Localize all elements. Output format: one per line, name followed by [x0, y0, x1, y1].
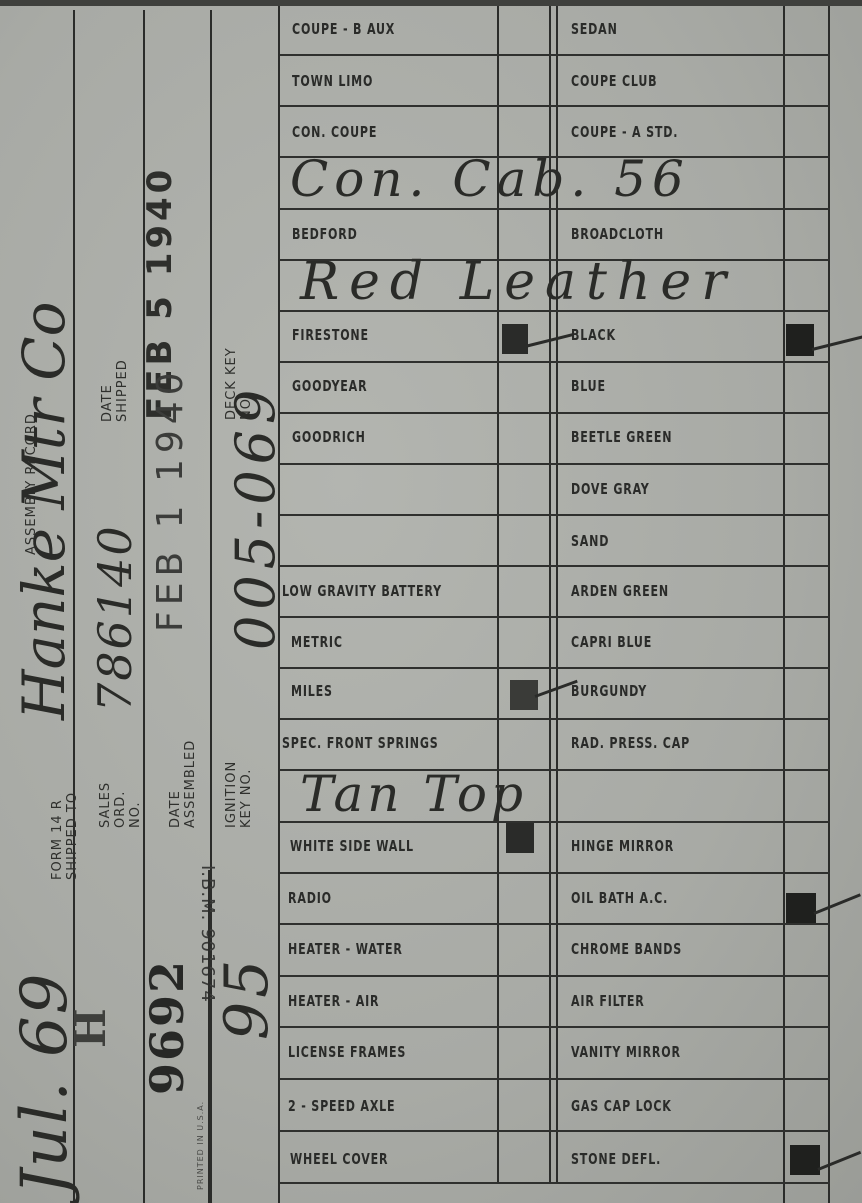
sales-order-label: SALES ORD. NO. — [98, 763, 143, 828]
check-mark-black — [786, 324, 814, 356]
check-mark-oil-bath-ac — [786, 893, 816, 923]
handwritten-top: Tan Top — [300, 765, 527, 823]
divider — [783, 6, 785, 1203]
serial-number: 9692 — [140, 959, 194, 1095]
ignition-key-label-text: IGNITION KEY NO. — [224, 740, 254, 828]
option-goodyear: GOODYEAR — [292, 377, 367, 395]
option-radio: RADIO — [288, 889, 332, 907]
option-burgundy: BURGUNDY — [571, 682, 647, 700]
ignition-key-value: 95 — [212, 956, 282, 1040]
option-arden-green: ARDEN GREEN — [571, 582, 669, 600]
row-line — [280, 361, 830, 363]
option-goodrich: GOODRICH — [292, 428, 366, 446]
option-blue: BLUE — [571, 377, 606, 395]
option-low-gravity-battery: LOW GRAVITY BATTERY — [282, 582, 442, 600]
row-line — [280, 412, 830, 414]
option-heater-air: HEATER - AIR — [288, 992, 379, 1010]
option-beetle-green: BEETLE GREEN — [571, 428, 672, 446]
option-bedford: BEDFORD — [292, 225, 358, 243]
deck-key-value: 005-069 — [224, 384, 287, 650]
option-air-filter: AIR FILTER — [571, 992, 645, 1010]
date-assembled-label-text: DATE ASSEMBLED — [168, 718, 198, 828]
option-town-limo: TOWN LIMO — [292, 72, 373, 90]
option-spec-front-springs: SPEC. FRONT SPRINGS — [282, 734, 439, 752]
row-line — [280, 565, 830, 567]
option-coupe-club: COUPE CLUB — [571, 72, 657, 90]
option-hinge-mirror: HINGE MIRROR — [571, 837, 674, 855]
option-heater-water: HEATER - WATER — [288, 940, 403, 958]
row-line — [280, 718, 830, 720]
option-wheel-cover: WHEEL COVER — [290, 1150, 388, 1168]
row-line — [280, 667, 830, 669]
divider — [828, 6, 830, 1203]
option-broadcloth: BROADCLOTH — [571, 225, 664, 243]
handwritten-upholstery: Red Leather — [300, 252, 736, 312]
option-sedan: SEDAN — [571, 20, 618, 38]
shipped-to-label-text: FORM 14 R SHIPPED TO — [50, 785, 80, 880]
row-line — [280, 872, 830, 874]
shipped-to-value: Hanke Mtr Co — [10, 301, 78, 720]
check-mark-firestone — [502, 324, 528, 354]
option-stone-defl: STONE DEFL. — [571, 1150, 661, 1168]
option-2-speed-axle: 2 - SPEED AXLE — [288, 1097, 395, 1115]
check-mark-white-side-wall — [506, 823, 534, 853]
ink-stroke — [817, 1151, 861, 1171]
check-mark-stone-defl — [790, 1145, 820, 1175]
handwritten-date: Jul. 69 — [8, 972, 82, 1195]
option-coupe-b-aux: COUPE - B AUX — [292, 20, 395, 38]
option-black: BLACK — [571, 326, 616, 344]
ink-stroke — [813, 893, 860, 915]
row-line — [280, 1026, 830, 1028]
handwritten-body-style: Con. Cab. 56 — [290, 150, 690, 208]
option-oil-bath-ac: OIL BATH A.C. — [571, 889, 668, 907]
option-gas-cap-lock: GAS CAP LOCK — [571, 1097, 672, 1115]
date-assembled-label: DATE ASSEMBLED — [168, 718, 198, 828]
ignition-key-label: IGNITION KEY NO. — [224, 740, 254, 828]
ink-stroke — [812, 335, 862, 350]
option-white-side-wall: WHITE SIDE WALL — [290, 837, 414, 855]
row-line — [280, 1130, 830, 1132]
row-line — [280, 208, 830, 210]
sales-order-label-text: SALES ORD. NO. — [98, 763, 143, 828]
option-dove-gray: DOVE GRAY — [571, 480, 650, 498]
shipped-to-label: FORM 14 R SHIPPED TO — [50, 785, 80, 880]
row-line — [280, 1182, 830, 1184]
date-assembled-value: FEB 1 1940 — [150, 366, 191, 632]
date-shipped-label-text: DATE SHIPPED — [100, 347, 130, 422]
option-firestone: FIRESTONE — [292, 326, 369, 344]
option-metric: METRIC — [291, 633, 343, 651]
option-miles: MILES — [291, 682, 333, 700]
sales-order-value: 786140 — [88, 524, 142, 712]
option-vanity-mirror: VANITY MIRROR — [571, 1043, 681, 1061]
option-chrome-bands: CHROME BANDS — [571, 940, 682, 958]
option-sand: SAND — [571, 532, 609, 550]
row-line — [280, 616, 830, 618]
top-edge — [0, 0, 862, 6]
row-line — [280, 975, 830, 977]
row-line — [280, 105, 830, 107]
option-rad-press-cap: RAD. PRESS. CAP — [571, 734, 690, 752]
row-line — [280, 463, 830, 465]
option-coupe-a-std: COUPE - A STD. — [571, 123, 678, 141]
divider — [208, 870, 210, 1203]
option-con-coupe: CON. COUPE — [292, 123, 377, 141]
option-capri-blue: CAPRI BLUE — [571, 633, 652, 651]
row-line — [280, 1078, 830, 1080]
row-line — [280, 923, 830, 925]
row-line — [280, 514, 830, 516]
row-line — [280, 54, 830, 56]
option-license-frames: LICENSE FRAMES — [288, 1043, 406, 1061]
date-shipped-label: DATE SHIPPED — [100, 347, 130, 422]
fine-print: PRINTED IN U.S.A. — [196, 1101, 205, 1190]
assembly-record-card: COUPE - B AUX TOWN LIMO CON. COUPE BEDFO… — [0, 0, 862, 1203]
